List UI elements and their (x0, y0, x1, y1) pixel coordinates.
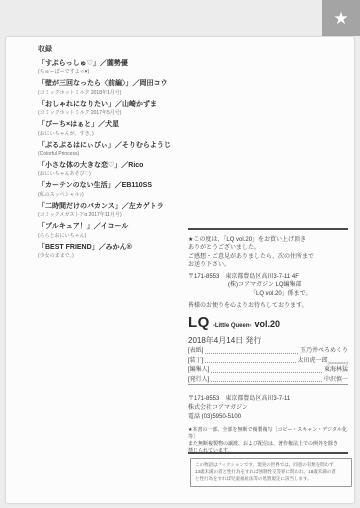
publication-date: 2018年4月14日 発行 (188, 335, 348, 346)
credit-label: [装丁] (188, 358, 203, 366)
dotted-leader (211, 372, 322, 373)
scan-viewer: { "viewer": { "star_icon": "★" }, "toc":… (0, 0, 360, 508)
disclaimer-line: 13歳未満の者と性行為をすれば強制性交等罪に問われ、18歳未満の者 (195, 469, 347, 476)
book-colophon-page: 収録 「すぷらっしゅ♡」／薗勢優 (ちゅーぼーですよっ♥) 「壁が三回なったら〈… (5, 36, 355, 504)
letters-line: ありがとうございました。 (188, 244, 348, 252)
letters-line: お送り下さい。 (188, 261, 348, 269)
credit-label: [編集人] (188, 367, 209, 375)
reader-letters-note: ★この度は、「LQ vol.20」をお買い上げ頂き ありがとうございました。 ご… (188, 236, 348, 310)
divider (188, 452, 348, 454)
credit-suffix: (oooooooo) (328, 360, 348, 365)
credits-list: [表紙] 玉乃井ぺろめくり [装丁] 太田虎一郎 (oooooooo) [編集人… (188, 348, 348, 386)
credit-label: [発行人] (188, 377, 209, 385)
toc-item-title: 「すぷらっしゅ♡」／薗勢優 (38, 60, 190, 68)
toc-item: 「カーテンのない生活」／EB110SS (私のスッペシャル♪) (38, 182, 190, 197)
credit-row: [装丁] 太田虎一郎 (oooooooo) (188, 358, 348, 366)
toc-item-note: (コミックホットミルク 2017年5月号) (38, 110, 190, 116)
toc-item-note: (私のスッペシャル♪) (38, 192, 190, 198)
letters-line: ★この度は、「LQ vol.20」をお買い上げ頂き (188, 236, 348, 244)
toc-item: 「すぷらっしゅ♡」／薗勢優 (ちゅーぼーですよっ♥) (38, 60, 190, 75)
toc-item-note: (おにいちゃんあそび♡) (38, 171, 190, 177)
toc-item: 「壁が三回なったら〈前編〉」／岡田コウ (コミックホットミルク 2018年1月号… (38, 80, 190, 95)
warning-line: ★本書の一部、全部を無断で複製複写［コピー・スキャン・デジタル化等］ (188, 427, 350, 441)
toc-item: 「小さな体の大きな恋♡」／Rico (おにいちゃんあそび♡) (38, 162, 190, 177)
toc-item-title: 「ぴーち×はぁと」／犬星 (38, 121, 190, 129)
toc-item-note: (コミックメガストアα 2017年11月号) (38, 212, 190, 218)
toc-item-note: (ららとおにいちゃん) (38, 233, 190, 239)
logo-subtitle: -Little Queen- (213, 323, 252, 329)
toc-item-title: 「カーテンのない生活」／EB110SS (38, 182, 190, 190)
credit-label: [表紙] (188, 348, 203, 356)
disclaimer-line: と性行為をすれば児童福祉法等の処罰規定に該当します。 (195, 476, 347, 483)
toc-item-title: 「ぷるぷるはにぃぴぃ」／そりむらようじ (38, 142, 190, 150)
toc-item-title: 「壁が三回なったら〈前編〉」／岡田コウ (38, 80, 190, 88)
credit-row: [表紙] 玉乃井ぺろめくり (188, 348, 348, 356)
publication-title-block: LQ -Little Queen- vol.20 2018年4月14日 発行 (188, 314, 348, 346)
logo-volume: vol.20 (255, 319, 281, 329)
toc-item: 「プルキュア！」／イコール (ららとおにいちゃん) (38, 223, 190, 238)
publisher-postal-address: 〒171-8553 東京都豊島区高田3-7-11 (188, 395, 348, 404)
toc-item-title: 「プルキュア！」／イコール (38, 223, 190, 231)
credit-row: [発行人] 中沢慎一 (188, 377, 348, 385)
toc-header: 収録 (38, 44, 190, 54)
dotted-leader (211, 381, 322, 382)
letters-address-line: 「LQ vol.20」係まで。 (188, 290, 348, 298)
letters-line: 皆様のお便りを心よりお待ちしております。 (188, 302, 348, 310)
letters-address-line: 〒171-8553 東京都豊島区高田3-7-11 4F (188, 273, 348, 281)
credit-name: 東海林猛 (324, 367, 348, 375)
dotted-leader (205, 353, 298, 354)
toc-item-title: 「小さな体の大きな恋♡」／Rico (38, 162, 190, 170)
letters-address-line: (株)コアマガジン LQ編集部 (188, 281, 348, 289)
bookmark-star-button[interactable]: ★ (322, 0, 360, 36)
toc-item-title: 「おしゃれになりたい」／山崎かずま (38, 101, 190, 109)
fiction-disclaimer-box: この物語はフィクションです。現実の世界では、同意の有無を問わず 13歳未満の者と… (190, 458, 352, 487)
publisher-address-block: 〒171-8553 東京都豊島区高田3-7-11 株式会社コアマガジン 電話 (… (188, 395, 348, 422)
logo-lq: LQ (188, 314, 210, 331)
toc-item: 「二時間だけのバカンス」／左カゲトラ (コミックメガストアα 2017年11月号… (38, 203, 190, 218)
toc-item: 「おしゃれになりたい」／山崎かずま (コミックホットミルク 2017年5月号) (38, 101, 190, 116)
toc-item: 「ぴーち×はぁと」／犬星 (おにいちゃんが、すき。) (38, 121, 190, 136)
toc-item: 「ぷるぷるはにぃぴぃ」／そりむらようじ (Colorful Princess) (38, 142, 190, 157)
publisher-name: 株式会社コアマガジン (188, 404, 348, 413)
toc-item-title: 「BEST FRIEND」／みかん® (38, 244, 190, 252)
star-icon: ★ (333, 10, 348, 27)
credit-name: 中沢慎一 (324, 377, 348, 385)
publisher-phone: 電話 (03)5950-5100 (188, 413, 348, 422)
table-of-contents: 収録 「すぷらっしゅ♡」／薗勢優 (ちゅーぼーですよっ♥) 「壁が三回なったら〈… (38, 44, 190, 264)
toc-item-note: (ちゅーぼーですよっ♥) (38, 69, 190, 75)
toc-item-note: (おにいちゃんが、すき。) (38, 131, 190, 137)
toc-item-note: (Colorful Princess) (38, 151, 190, 157)
letters-line: ご感想・ご意見がありましたら、次の住所まで (188, 253, 348, 261)
toc-item: 「BEST FRIEND」／みかん® (少女のままで。) (38, 244, 190, 259)
dotted-leader (205, 362, 295, 363)
credit-name: 太田虎一郎 (298, 358, 328, 366)
credit-row: [編集人] 東海林猛 (188, 367, 348, 375)
toc-item-title: 「二時間だけのバカンス」／左カゲトラ (38, 203, 190, 211)
credit-name: 玉乃井ぺろめくり (300, 348, 348, 356)
disclaimer-line: この物語はフィクションです。現実の世界では、同意の有無を問わず (195, 462, 347, 469)
divider (188, 384, 348, 385)
divider (188, 228, 348, 230)
toc-item-note: (少女のままで。) (38, 253, 190, 259)
toc-item-note: (コミックホットミルク 2018年1月号) (38, 90, 190, 96)
publication-logo: LQ -Little Queen- vol.20 (188, 314, 348, 331)
